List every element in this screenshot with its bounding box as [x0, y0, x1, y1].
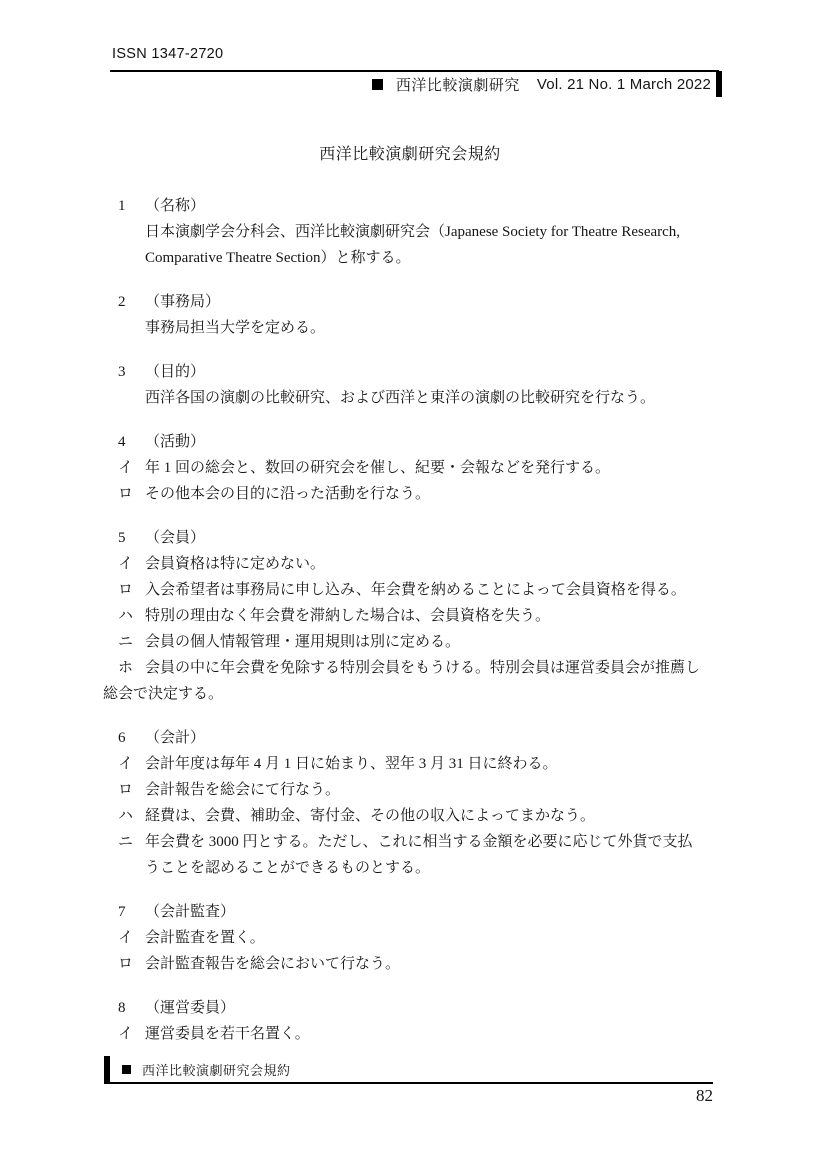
clause-marker: イ	[103, 551, 145, 577]
clause-text: 運営委員を若干名置く。	[145, 1021, 717, 1047]
section-number: 1	[103, 193, 145, 219]
section-number: 4	[103, 429, 145, 455]
document-title: 西洋比較演劇研究会規約	[103, 141, 717, 168]
clause-marker: イ	[103, 455, 145, 481]
clause-marker: イ	[103, 1021, 145, 1047]
footer-title: 西洋比較演劇研究会規約	[142, 1060, 291, 1079]
section-number: 5	[103, 525, 145, 551]
clause-row: ホ会員の中に年会費を免除する特別会員をもうける。特別会員は運営委員会が推薦し	[103, 655, 717, 681]
clause-text: 事務局担当大学を定める。	[145, 315, 717, 341]
regulations: 1（名称）日本演劇学会分科会、西洋比較演劇研究会（Japanese Societ…	[103, 193, 717, 1047]
clause-row: ロその他本会の目的に沿った活動を行なう。	[103, 481, 717, 507]
issn-number: ISSN 1347-2720	[112, 46, 223, 62]
section: 4（活動）イ年 1 回の総会と、数回の研究会を催し、紀要・会報などを発行する。ロ…	[103, 429, 717, 507]
clause-text: 会計監査を置く。	[145, 925, 717, 951]
clause-row: ハ特別の理由なく年会費を滞納した場合は、会員資格を失う。	[103, 603, 717, 629]
clause-text: 経費は、会費、補助金、寄付金、その他の収入によってまかなう。	[145, 803, 717, 829]
section-heading: 8（運営委員）	[103, 995, 717, 1021]
clause-row: ニ年会費を 3000 円とする。ただし、これに相当する金額を必要に応じて外貨で支…	[103, 829, 717, 855]
clause-row: うことを認めることができるものとする。	[103, 855, 717, 881]
header-bullet-square-icon	[372, 79, 383, 90]
clause-marker: ニ	[103, 629, 145, 655]
clause-row: イ会計年度は毎年 4 月 1 日に始まり、翌年 3 月 31 日に終わる。	[103, 751, 717, 777]
journal-title: 西洋比較演劇研究	[396, 74, 520, 95]
page-container: ISSN 1347-2720 西洋比較演劇研究 Vol. 21 No. 1 Ma…	[0, 0, 827, 1170]
section-label: （目的）	[145, 359, 717, 385]
clause-row: イ年 1 回の総会と、数回の研究会を催し、紀要・会報などを発行する。	[103, 455, 717, 481]
clause-marker: ニ	[103, 829, 145, 855]
section-label: （会員）	[145, 525, 717, 551]
clause-text: 年 1 回の総会と、数回の研究会を催し、紀要・会報などを発行する。	[145, 455, 717, 481]
clause-row: 日本演劇学会分科会、西洋比較演劇研究会（Japanese Society for…	[103, 219, 717, 245]
section-heading: 1（名称）	[103, 193, 717, 219]
clause-row: ロ入会希望者は事務局に申し込み、年会費を納めることによって会員資格を得る。	[103, 577, 717, 603]
clause-text: 会計年度は毎年 4 月 1 日に始まり、翌年 3 月 31 日に終わる。	[145, 751, 717, 777]
clause-marker: ロ	[103, 577, 145, 603]
section: 2（事務局）事務局担当大学を定める。	[103, 289, 717, 341]
clause-row: 総会で決定する。	[103, 681, 717, 707]
header-corner-bar	[716, 71, 722, 97]
footer-bar	[104, 1056, 110, 1083]
clause-row: ハ経費は、会費、補助金、寄付金、その他の収入によってまかなう。	[103, 803, 717, 829]
clause-text: 総会で決定する。	[103, 681, 717, 707]
clause-row: Comparative Theatre Section）と称する。	[103, 245, 717, 271]
section-heading: 5（会員）	[103, 525, 717, 551]
clause-marker: ロ	[103, 777, 145, 803]
section-heading: 2（事務局）	[103, 289, 717, 315]
section: 8（運営委員）イ運営委員を若干名置く。	[103, 995, 717, 1047]
clause-text: 西洋各国の演劇の比較研究、および西洋と東洋の演劇の比較研究を行なう。	[145, 385, 717, 411]
clause-text: 会計報告を総会にて行なう。	[145, 777, 717, 803]
clause-text: 会員資格は特に定めない。	[145, 551, 717, 577]
clause-text: 会員の個人情報管理・運用規則は別に定める。	[145, 629, 717, 655]
section-label: （事務局）	[145, 289, 717, 315]
section: 5（会員）イ会員資格は特に定めない。ロ入会希望者は事務局に申し込み、年会費を納め…	[103, 525, 717, 707]
volume-info: Vol. 21 No. 1 March 2022	[537, 76, 711, 93]
clause-text: 会計監査報告を総会において行なう。	[145, 951, 717, 977]
section-label: （活動）	[145, 429, 717, 455]
clause-row: ロ会計報告を総会にて行なう。	[103, 777, 717, 803]
section: 7（会計監査）イ会計監査を置く。ロ会計監査報告を総会において行なう。	[103, 899, 717, 977]
section-number: 7	[103, 899, 145, 925]
clause-text: その他本会の目的に沿った活動を行なう。	[145, 481, 717, 507]
section: 1（名称）日本演劇学会分科会、西洋比較演劇研究会（Japanese Societ…	[103, 193, 717, 271]
section-label: （名称）	[145, 193, 717, 219]
section-label: （会計）	[145, 725, 717, 751]
footer-rule	[104, 1082, 713, 1084]
clause-text: 日本演劇学会分科会、西洋比較演劇研究会（Japanese Society for…	[145, 219, 717, 245]
clause-text: Comparative Theatre Section）と称する。	[145, 245, 717, 271]
clause-text: 入会希望者は事務局に申し込み、年会費を納めることによって会員資格を得る。	[145, 577, 717, 603]
clause-text: 年会費を 3000 円とする。ただし、これに相当する金額を必要に応じて外貨で支払	[145, 829, 717, 855]
journal-header: 西洋比較演劇研究 Vol. 21 No. 1 March 2022	[372, 74, 711, 95]
header-rule	[110, 70, 719, 72]
section-label: （会計監査）	[145, 899, 717, 925]
section-number: 2	[103, 289, 145, 315]
clause-row: イ運営委員を若干名置く。	[103, 1021, 717, 1047]
section-number: 6	[103, 725, 145, 751]
clause-row: 西洋各国の演劇の比較研究、および西洋と東洋の演劇の比較研究を行なう。	[103, 385, 717, 411]
section-heading: 3（目的）	[103, 359, 717, 385]
section: 3（目的）西洋各国の演劇の比較研究、および西洋と東洋の演劇の比較研究を行なう。	[103, 359, 717, 411]
clause-row: イ会員資格は特に定めない。	[103, 551, 717, 577]
footer-heading: 西洋比較演劇研究会規約	[122, 1060, 291, 1079]
clause-marker: ハ	[103, 803, 145, 829]
page-number: 82	[613, 1086, 713, 1106]
section-label: （運営委員）	[145, 995, 717, 1021]
clause-marker: イ	[103, 925, 145, 951]
section-number: 8	[103, 995, 145, 1021]
section: 6（会計）イ会計年度は毎年 4 月 1 日に始まり、翌年 3 月 31 日に終わ…	[103, 725, 717, 881]
section-heading: 6（会計）	[103, 725, 717, 751]
section-number: 3	[103, 359, 145, 385]
clause-row: 事務局担当大学を定める。	[103, 315, 717, 341]
footer-bullet-square-icon	[122, 1065, 131, 1074]
clause-marker: ロ	[103, 481, 145, 507]
clause-marker: ハ	[103, 603, 145, 629]
clause-text: 特別の理由なく年会費を滞納した場合は、会員資格を失う。	[145, 603, 717, 629]
clause-marker: ホ	[103, 655, 145, 681]
clause-row: イ会計監査を置く。	[103, 925, 717, 951]
clause-marker: ロ	[103, 951, 145, 977]
clause-row: ニ会員の個人情報管理・運用規則は別に定める。	[103, 629, 717, 655]
clause-text: 会員の中に年会費を免除する特別会員をもうける。特別会員は運営委員会が推薦し	[145, 655, 717, 681]
clause-marker: イ	[103, 751, 145, 777]
document-body: 西洋比較演劇研究会規約 1（名称）日本演劇学会分科会、西洋比較演劇研究会（Jap…	[103, 141, 717, 1047]
section-heading: 4（活動）	[103, 429, 717, 455]
clause-text: うことを認めることができるものとする。	[145, 855, 717, 881]
clause-row: ロ会計監査報告を総会において行なう。	[103, 951, 717, 977]
section-heading: 7（会計監査）	[103, 899, 717, 925]
